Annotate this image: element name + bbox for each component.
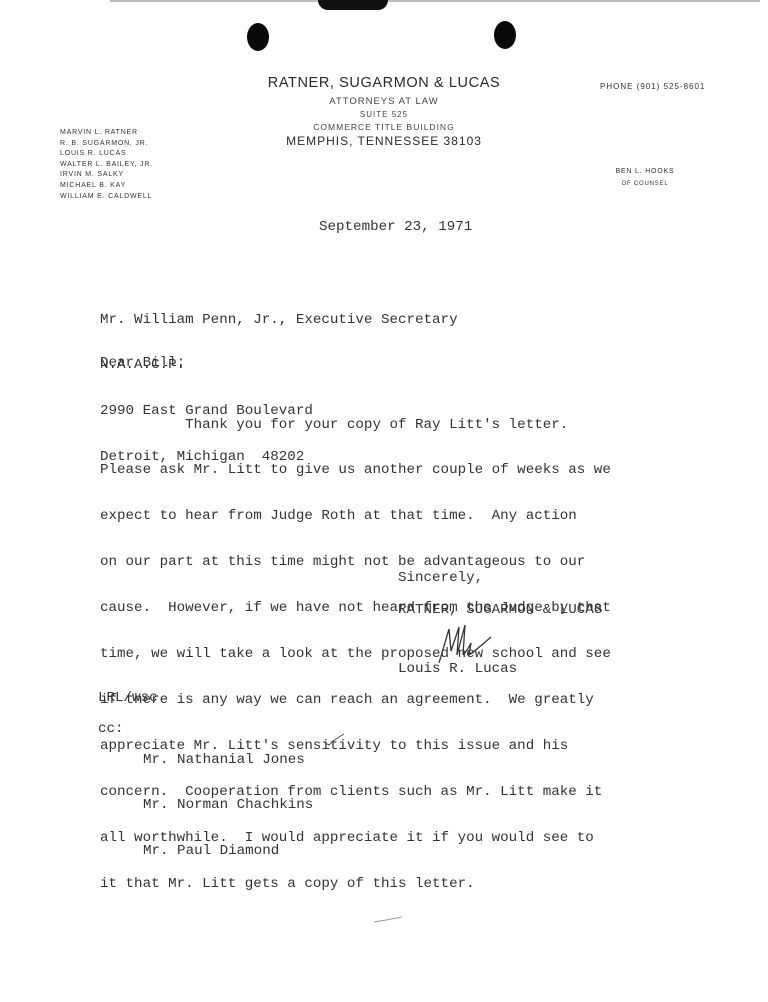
binder-clip-shadow <box>318 0 388 10</box>
scan-mark-icon <box>372 915 412 925</box>
partner-list: MARVIN L. RATNER R. B. SUGARMON, JR. LOU… <box>60 128 153 202</box>
partner-name: IRVIN M. SALKY <box>60 170 153 181</box>
body-line: time, we will take a look at the propose… <box>100 647 611 662</box>
body-line: Thank you for your copy of Ray Litt's le… <box>100 418 611 433</box>
cc-list: Mr. Nathanial Jones Mr. Norman Chachkins… <box>143 722 313 875</box>
letter-date: September 23, 1971 <box>319 220 472 235</box>
body-line: Please ask Mr. Litt to give us another c… <box>100 463 611 478</box>
body-line: if there is any way we can reach an agre… <box>100 693 611 708</box>
partner-name: MARVIN L. RATNER <box>60 128 153 139</box>
body-line: expect to hear from Judge Roth at that t… <box>100 509 611 524</box>
body-line: on our part at this time might not be ad… <box>100 555 611 570</box>
reference-initials: LRL/wsc <box>98 691 158 706</box>
salutation: Dear Bill: <box>100 356 185 371</box>
cc-label: cc: <box>98 722 124 737</box>
signer-name: Louis R. Lucas <box>398 662 517 677</box>
of-counsel-name: BEN L. HOOKS <box>600 166 690 178</box>
punch-hole-right <box>494 21 516 49</box>
scan-edge <box>110 0 760 2</box>
partner-name: WALTER L. BAILEY, JR. <box>60 160 153 171</box>
partner-name: LOUIS R. LUCAS <box>60 149 153 160</box>
body-line: it that Mr. Litt gets a copy of this let… <box>100 877 611 892</box>
closing: Sincerely, <box>398 571 483 586</box>
partner-name: WILLIAM E. CALDWELL <box>60 192 153 203</box>
handwritten-signature-icon <box>435 621 495 665</box>
partner-name: MICHAEL B. KAY <box>60 181 153 192</box>
cc-recipient: Mr. Norman Chachkins <box>143 798 313 813</box>
firm-suite: SUITE 525 <box>0 110 768 119</box>
of-counsel-label: OF COUNSEL <box>600 178 690 190</box>
firm-subtitle: ATTORNEYS AT LAW <box>0 96 768 107</box>
firm-phone: PHONE (901) 525-8601 <box>600 82 705 91</box>
punch-hole-left <box>247 23 269 51</box>
checkmark-icon <box>323 733 345 747</box>
firm-signature: RATNER, SUGARMON & LUCAS <box>398 603 602 618</box>
cc-recipient: Mr. Paul Diamond <box>143 844 313 859</box>
recipient-line: Mr. William Penn, Jr., Executive Secreta… <box>100 313 458 328</box>
partner-name: R. B. SUGARMON, JR. <box>60 139 153 150</box>
cc-recipient: Mr. Nathanial Jones <box>143 753 313 768</box>
of-counsel: BEN L. HOOKS OF COUNSEL <box>600 166 690 190</box>
